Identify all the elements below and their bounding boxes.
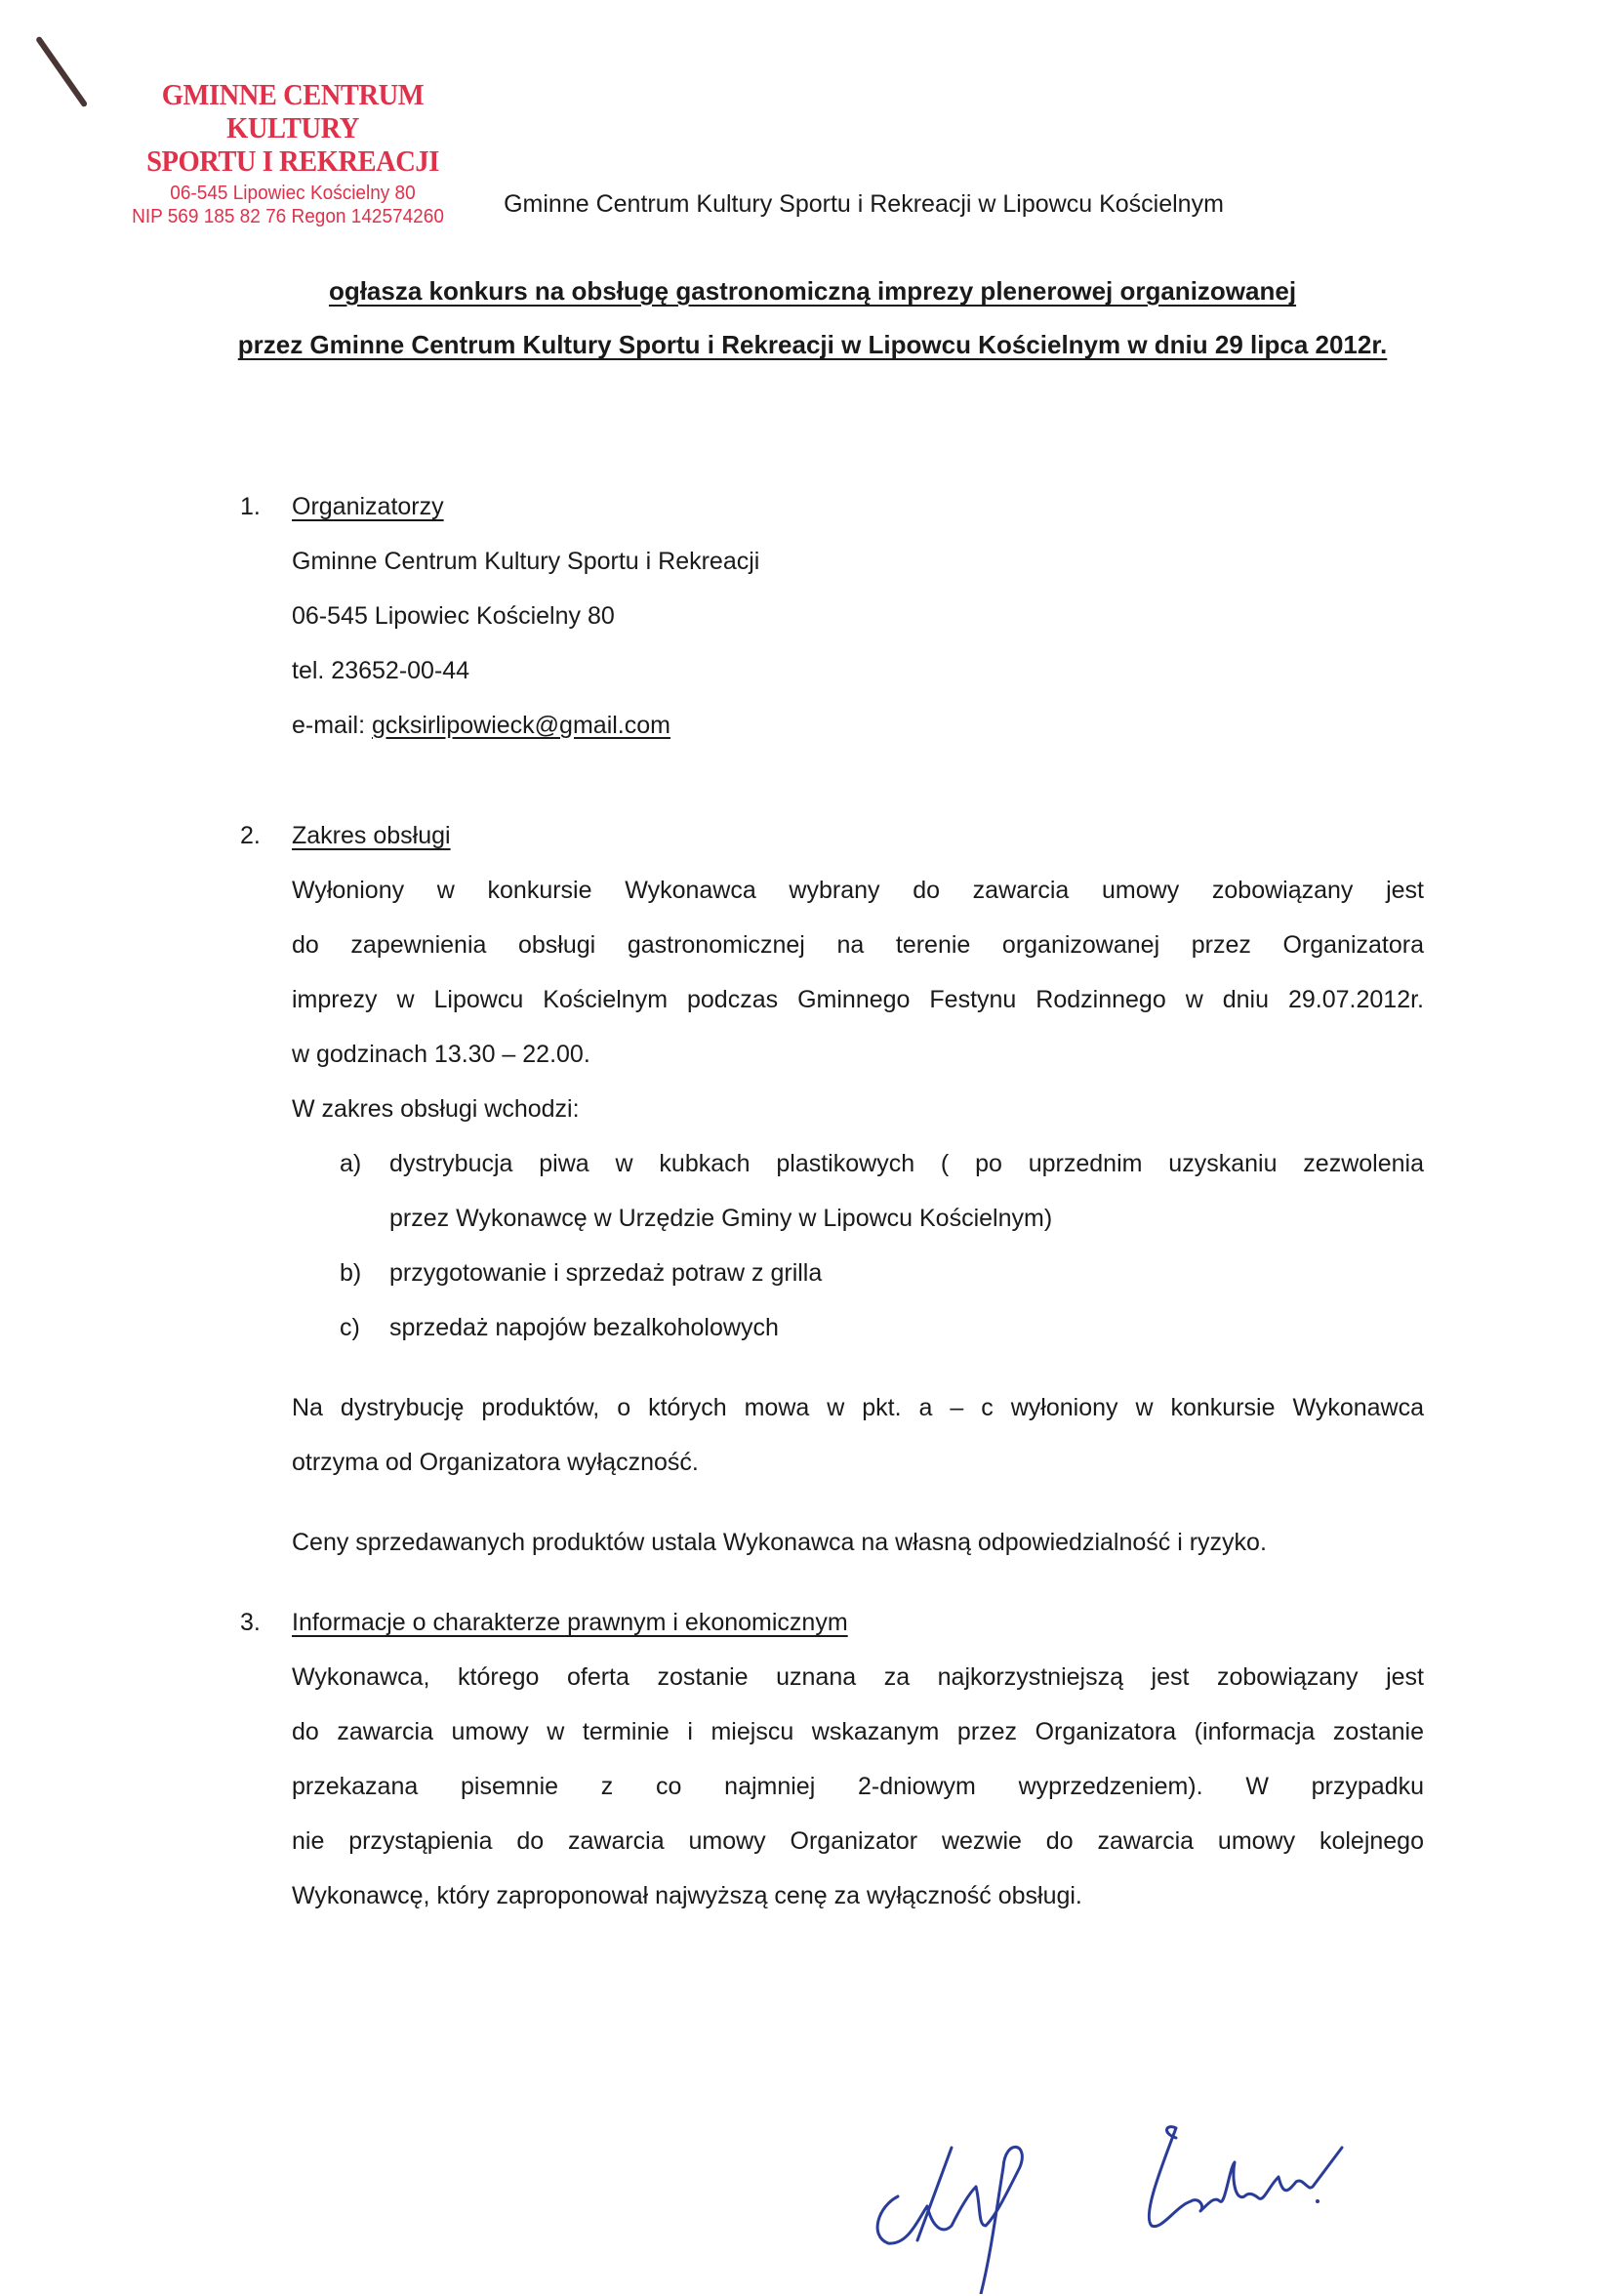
legal-line-2: do zawarcia umowy w terminie i miejscu w… (292, 1718, 1424, 1746)
organizer-name: Gminne Centrum Kultury Sportu i Rekreacj… (292, 548, 759, 576)
exclusivity-line-2: otrzyma od Organizatora wyłączność. (292, 1449, 699, 1477)
scope-intro: W zakres obsługi wchodzi: (292, 1095, 580, 1124)
section-1-number: 1. (240, 493, 261, 521)
item-c-marker: c) (340, 1314, 360, 1342)
signature-2 (1122, 2109, 1376, 2245)
organizer-phone: tel. 23652-00-44 (292, 657, 469, 685)
section-2-heading: Zakres obsługi (292, 822, 451, 850)
legal-line-5: Wykonawcę, który zaproponował najwyższą … (292, 1882, 1082, 1910)
email-label: e-mail: (292, 712, 372, 739)
legal-line-1: Wykonawca, którego oferta zostanie uznan… (292, 1663, 1424, 1692)
stamp-line-2: SPORTU I REKREACJI (131, 144, 454, 178)
stamp-line-1: GMINNE CENTRUM KULTURY (131, 78, 454, 144)
legal-line-4: nie przystąpienia do zawarcia umowy Orga… (292, 1827, 1424, 1856)
section-3-number: 3. (240, 1609, 261, 1637)
item-b-text: przygotowanie i sprzedaż potraw z grilla (389, 1259, 822, 1288)
scope-paragraph-line-3: imprezy w Lipowcu Kościelnym podczas Gmi… (292, 986, 1424, 1014)
pricing-note: Ceny sprzedawanych produktów ustala Wyko… (292, 1529, 1267, 1557)
organizer-email-row: e-mail: gcksirlipowieck@gmail.com (292, 712, 670, 740)
section-1-heading: Organizatorzy (292, 493, 444, 521)
item-a-line-2: przez Wykonawcę w Urzędzie Gminy w Lipow… (389, 1205, 1052, 1233)
item-a-marker: a) (340, 1150, 361, 1178)
email-link[interactable]: gcksirlipowieck@gmail.com (372, 712, 670, 739)
staple-mark (35, 36, 88, 108)
item-a-line-1: dystrybucja piwa w kubkach plastikowych … (389, 1150, 1424, 1178)
scope-paragraph-line-4: w godzinach 13.30 – 22.00. (292, 1041, 590, 1069)
scope-paragraph-line-2: do zapewnienia obsługi gastronomicznej n… (292, 931, 1424, 960)
section-2-number: 2. (240, 822, 261, 850)
announcement-line-2: przez Gminne Centrum Kultury Sportu i Re… (0, 330, 1624, 360)
item-b-marker: b) (340, 1259, 361, 1288)
announcement-line-1: ogłasza konkurs na obsługę gastronomiczn… (0, 276, 1624, 307)
organizer-address: 06-545 Lipowiec Kościelny 80 (292, 602, 615, 631)
exclusivity-line-1: Na dystrybucję produktów, o których mowa… (292, 1394, 1424, 1422)
signature-1 (859, 2128, 1054, 2294)
section-3-heading: Informacje o charakterze prawnym i ekono… (292, 1609, 848, 1637)
scope-paragraph-line-1: Wyłoniony w konkursie Wykonawca wybrany … (292, 877, 1424, 905)
legal-line-3: przekazana pisemnie z co najmniej 2-dnio… (292, 1773, 1424, 1801)
document-title: Gminne Centrum Kultury Sportu i Rekreacj… (0, 190, 1624, 219)
item-c-text: sprzedaż napojów bezalkoholowych (389, 1314, 779, 1342)
